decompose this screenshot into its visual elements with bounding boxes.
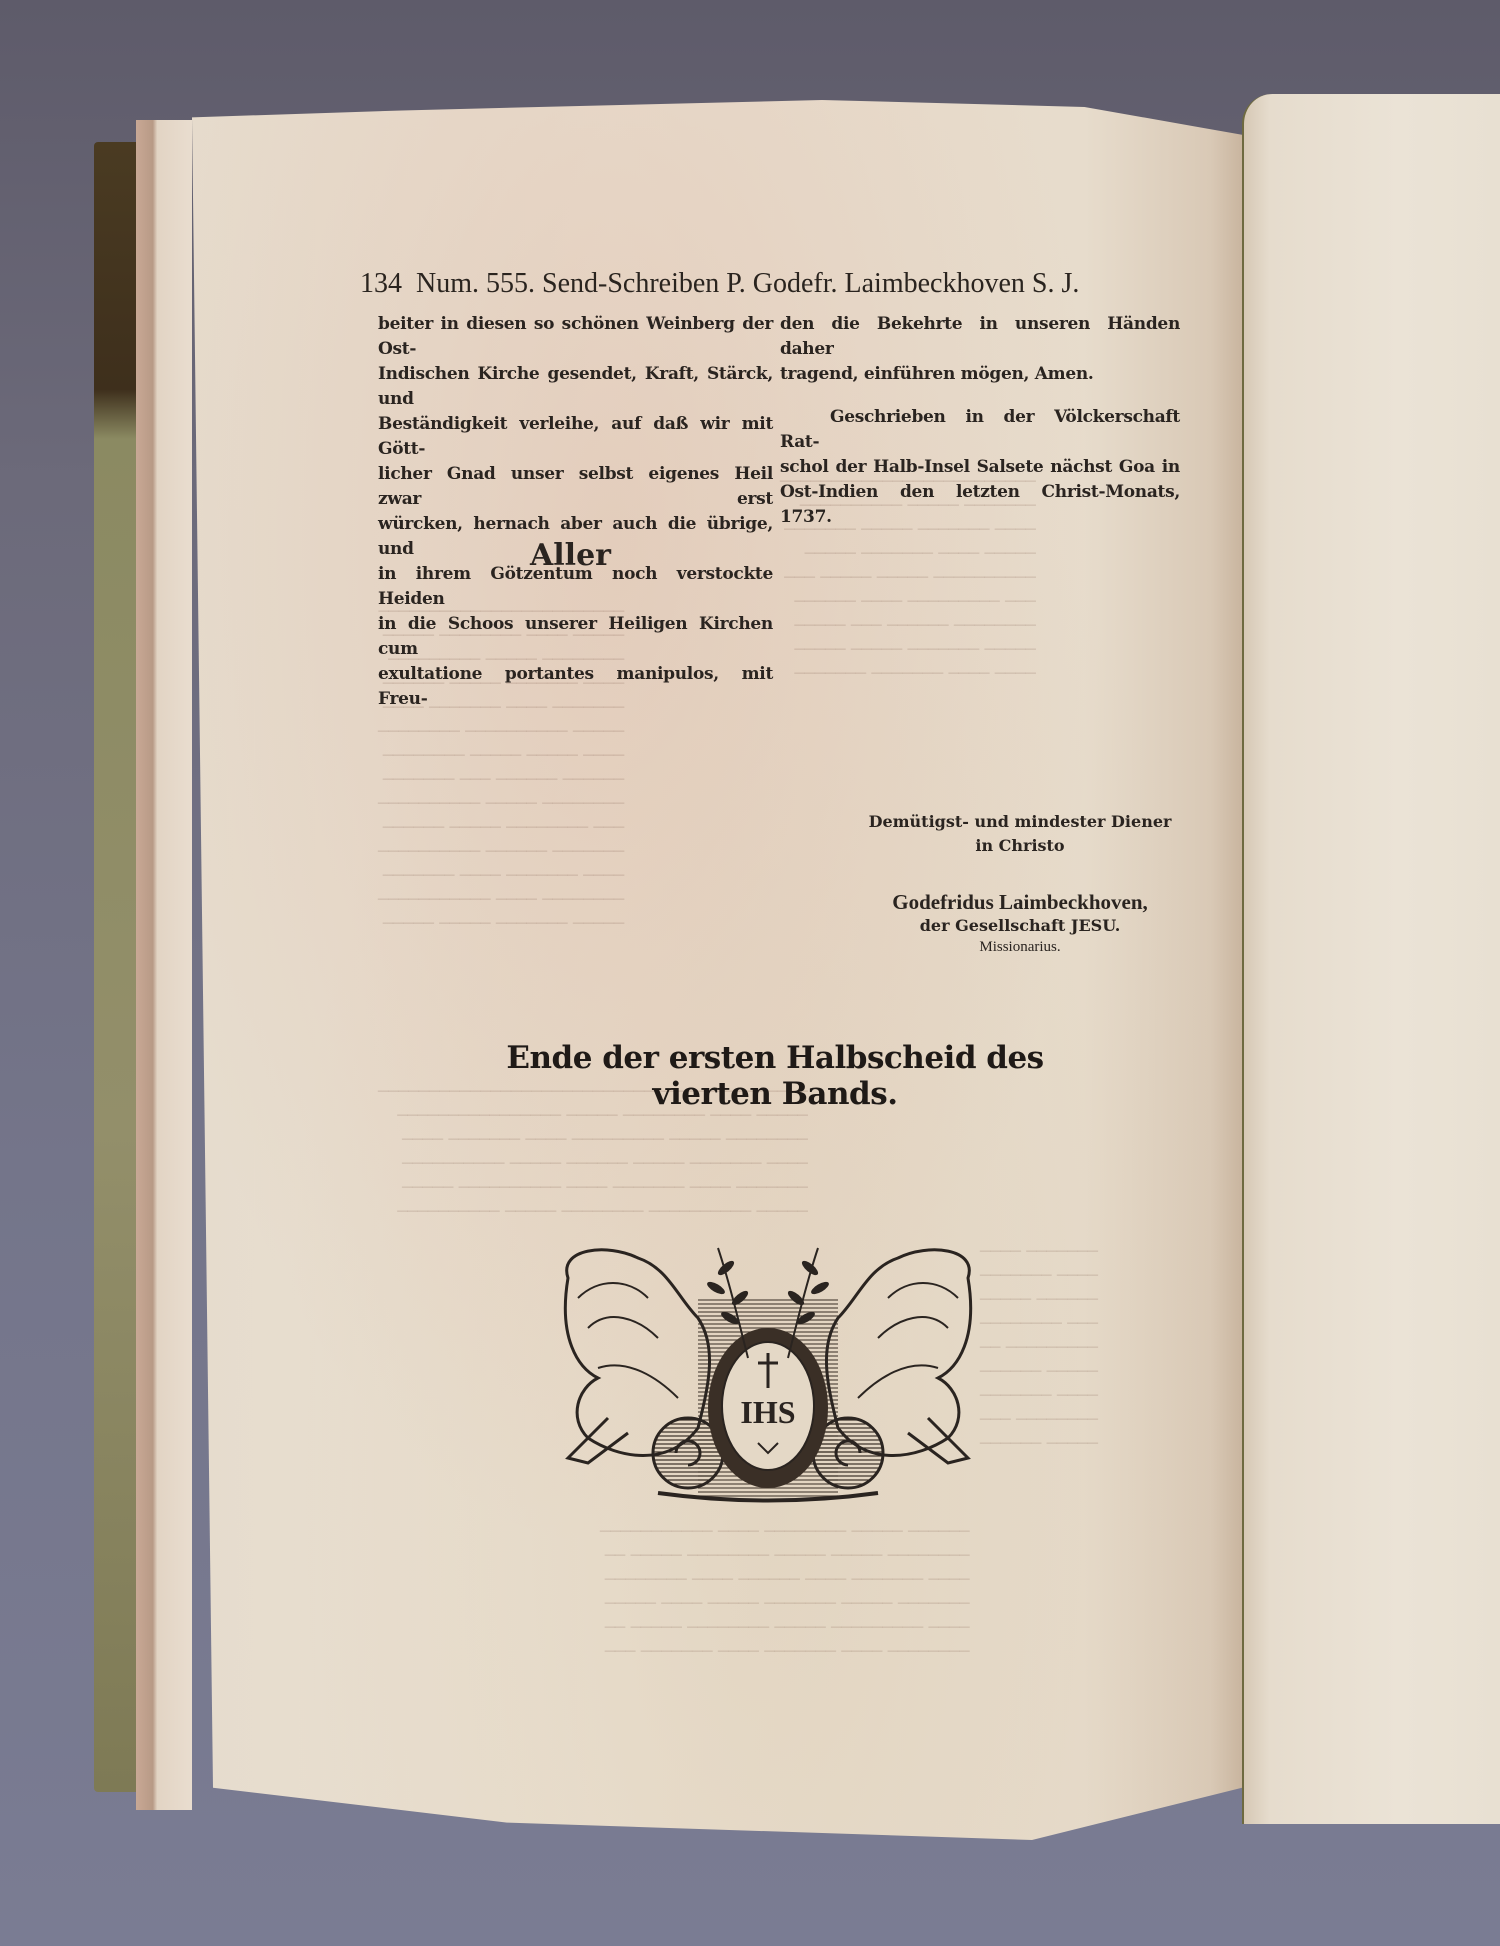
closing-line: in Christo	[860, 834, 1180, 858]
running-head-title: Num. 555. Send-Schreiben P. Godefr. Laim…	[416, 268, 1079, 300]
text-line: schol der Halb-Insel Salsete nächst Goa …	[780, 455, 1180, 480]
ihs-monogram: IHS	[740, 1394, 795, 1430]
running-head: 134 Num. 555. Send-Schreiben P. Godefr. …	[360, 268, 1150, 300]
colophon: Ende der ersten Halbscheid des vierten B…	[455, 1040, 1095, 1112]
text-line: 1737.	[780, 505, 1180, 530]
signatory-title: Missionarius.	[860, 938, 1180, 956]
right-column-text: den die Bekehrte in unseren Händen daher…	[780, 312, 1180, 530]
signature-block: Demütigst- und mindester Diener in Chris…	[860, 810, 1180, 956]
catchword: Aller	[530, 538, 611, 573]
text-line: in die Schoos unserer Heiligen Kirchen c…	[378, 612, 773, 662]
text-line: Beständigkeit verleihe, auf daß wir mit …	[378, 412, 773, 462]
text-line: licher Gnad unser selbst eigenes Heil zw…	[378, 462, 773, 512]
show-through-text: ────── ───── ──────── ──── ─────────── ─…	[600, 1520, 970, 1664]
text-line: Indischen Kirche gesendet, Kraft, Stärck…	[378, 362, 773, 412]
woodcut-ornament-icon: IHS	[548, 1238, 988, 1508]
text-line: Geschrieben in der Völckerschaft Rat-	[780, 405, 1180, 455]
page-edges	[136, 120, 192, 1810]
left-column-text: beiter in diesen so schönen Weinberg der…	[378, 312, 773, 712]
text-line: Ost-Indien den letzten Christ-Monats,	[780, 480, 1180, 505]
show-through-text: ─────── ──── ──── ─────── ────── ───── ─…	[980, 1240, 1098, 1456]
text-line: exultatione portantes manipulos, mit Fre…	[378, 662, 773, 712]
closing-line: Demütigst- und mindester Diener	[860, 810, 1180, 834]
signatory-name: Godefridus Laimbeckhoven,	[860, 890, 1180, 914]
right-page	[1242, 94, 1500, 1824]
text-line: beiter in diesen so schönen Weinberg der…	[378, 312, 773, 362]
page-number: 134	[360, 268, 402, 300]
book-spine	[94, 142, 136, 1792]
text-line: tragend, einführen mögen, Amen.	[780, 362, 1180, 387]
paragraph-gap	[780, 387, 1180, 405]
signatory-society: der Gesellschaft JESU.	[860, 914, 1180, 938]
text-line: den die Bekehrte in unseren Händen daher	[780, 312, 1180, 362]
